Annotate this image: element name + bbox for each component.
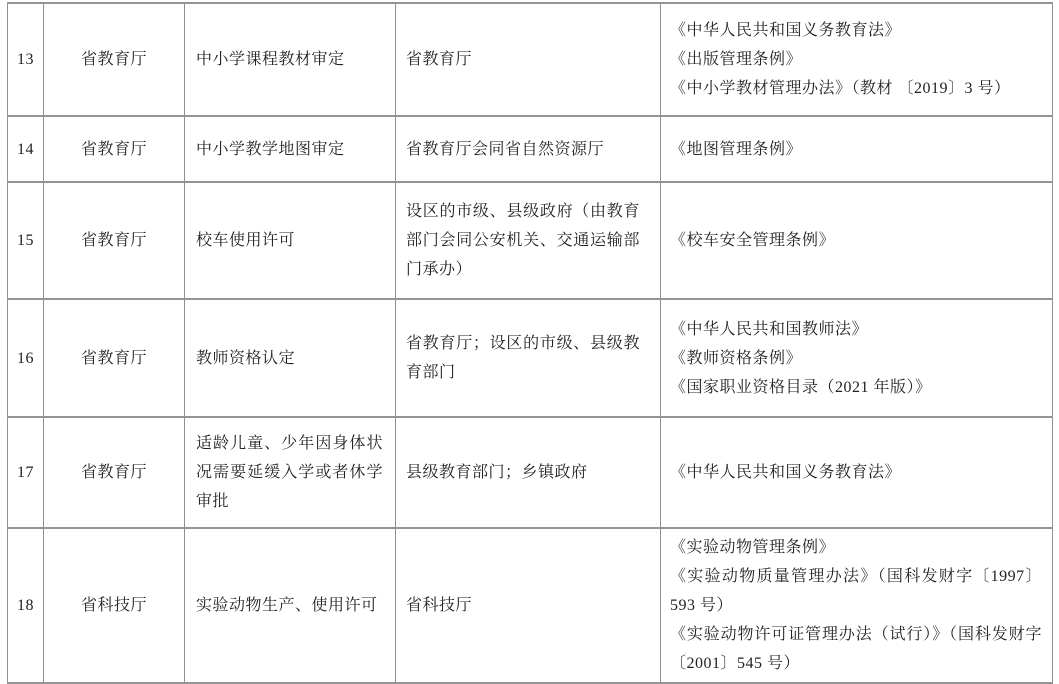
- cell-index: 18: [8, 528, 44, 683]
- table-row: 13 省教育厅 中小学课程教材审定 省教育厅 《中华人民共和国义务教育法》 《出…: [8, 3, 1053, 116]
- cell-implementer: 省教育厅: [396, 3, 661, 116]
- cell-implementer: 设区的市级、县级政府（由教育部门会同公安机关、交通运输部门承办）: [396, 182, 661, 299]
- cell-legal-basis: 《中华人民共和国教师法》 《教师资格条例》 《国家职业资格目录（2021 年版）…: [661, 299, 1053, 417]
- cell-item: 实验动物生产、使用许可: [185, 528, 396, 683]
- cell-index: 17: [8, 417, 44, 528]
- legal-basis-line: 《实验动物许可证管理办法（试行）》（国科发财字〔2001〕545 号）: [670, 620, 1042, 678]
- cell-implementer: 县级教育部门；乡镇政府: [396, 417, 661, 528]
- cell-department: 省教育厅: [44, 116, 185, 182]
- cell-department: 省教育厅: [44, 3, 185, 116]
- cell-legal-basis: 《地图管理条例》: [661, 116, 1053, 182]
- cell-item: 中小学教学地图审定: [185, 116, 396, 182]
- cell-index: 15: [8, 182, 44, 299]
- cell-department: 省教育厅: [44, 299, 185, 417]
- legal-basis-line: 《实验动物质量管理办法》（国科发财字〔1997〕593 号）: [670, 562, 1042, 620]
- cell-index: 13: [8, 3, 44, 116]
- legal-basis-line: 《中华人民共和国义务教育法》: [670, 16, 1042, 45]
- cell-item: 教师资格认定: [185, 299, 396, 417]
- table-row: 17 省教育厅 适龄儿童、少年因身体状况需要延缓入学或者休学审批 县级教育部门；…: [8, 417, 1053, 528]
- cell-implementer: 省教育厅；设区的市级、县级教育部门: [396, 299, 661, 417]
- legal-basis-line: 《国家职业资格目录（2021 年版）》: [670, 373, 1042, 402]
- legal-basis-line: 《教师资格条例》: [670, 344, 1042, 373]
- cell-index: 16: [8, 299, 44, 417]
- legal-basis-line: 《中华人民共和国义务教育法》: [670, 458, 1042, 487]
- table-row: 14 省教育厅 中小学教学地图审定 省教育厅会同省自然资源厅 《地图管理条例》: [8, 116, 1053, 182]
- cell-item: 中小学课程教材审定: [185, 3, 396, 116]
- legal-basis-line: 《实验动物管理条例》: [670, 533, 1042, 562]
- approval-items-table: 13 省教育厅 中小学课程教材审定 省教育厅 《中华人民共和国义务教育法》 《出…: [7, 2, 1053, 684]
- cell-department: 省教育厅: [44, 182, 185, 299]
- legal-basis-line: 《地图管理条例》: [670, 135, 1042, 164]
- cell-index: 14: [8, 116, 44, 182]
- legal-basis-line: 《出版管理条例》: [670, 45, 1042, 74]
- cell-legal-basis: 《校车安全管理条例》: [661, 182, 1053, 299]
- cell-item: 适龄儿童、少年因身体状况需要延缓入学或者休学审批: [185, 417, 396, 528]
- cell-legal-basis: 《中华人民共和国义务教育法》: [661, 417, 1053, 528]
- cell-item: 校车使用许可: [185, 182, 396, 299]
- cell-legal-basis: 《中华人民共和国义务教育法》 《出版管理条例》 《中小学教材管理办法》（教材 〔…: [661, 3, 1053, 116]
- cell-legal-basis: 《实验动物管理条例》 《实验动物质量管理办法》（国科发财字〔1997〕593 号…: [661, 528, 1053, 683]
- cell-department: 省科技厅: [44, 528, 185, 683]
- legal-basis-line: 《中小学教材管理办法》（教材 〔2019〕3 号）: [670, 74, 1042, 103]
- cell-department: 省教育厅: [44, 417, 185, 528]
- document-page: 13 省教育厅 中小学课程教材审定 省教育厅 《中华人民共和国义务教育法》 《出…: [0, 2, 1059, 684]
- cell-implementer: 省科技厅: [396, 528, 661, 683]
- table-row: 15 省教育厅 校车使用许可 设区的市级、县级政府（由教育部门会同公安机关、交通…: [8, 182, 1053, 299]
- legal-basis-line: 《中华人民共和国教师法》: [670, 315, 1042, 344]
- table-row: 18 省科技厅 实验动物生产、使用许可 省科技厅 《实验动物管理条例》 《实验动…: [8, 528, 1053, 683]
- table-row: 16 省教育厅 教师资格认定 省教育厅；设区的市级、县级教育部门 《中华人民共和…: [8, 299, 1053, 417]
- legal-basis-line: 《校车安全管理条例》: [670, 226, 1042, 255]
- cell-implementer: 省教育厅会同省自然资源厅: [396, 116, 661, 182]
